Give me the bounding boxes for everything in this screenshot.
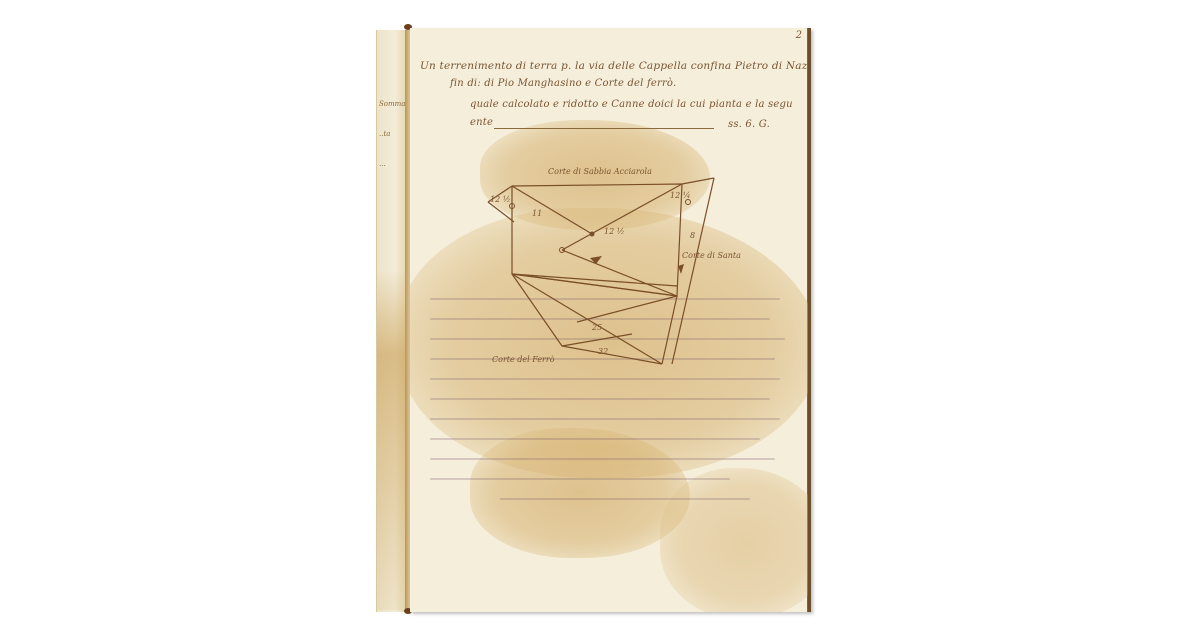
underline-rule xyxy=(494,128,714,129)
label-top: Corte di Sabbia Acciarola xyxy=(548,167,652,176)
water-stain xyxy=(470,428,690,558)
faded-text-line xyxy=(430,438,760,440)
label-right: Corte di Santa Aprihana xyxy=(682,251,742,260)
measurement: 12 ½ xyxy=(490,195,510,204)
measurement: 12 ½ xyxy=(604,227,624,236)
manuscript-book: Somma ..ta ... 2 Un terrenimento di terr… xyxy=(372,24,812,614)
measurement: 32 xyxy=(598,347,608,356)
signature: ss. 6. G. xyxy=(728,119,770,130)
heading-line: fin di: di Pio Manghasino e Corte del fe… xyxy=(450,78,676,89)
left-margin-note: Somma xyxy=(379,100,405,108)
left-page-fragment: Somma ..ta ... xyxy=(376,30,407,612)
faded-text-line xyxy=(430,378,780,380)
measurement: 12 ¼ xyxy=(670,191,690,200)
faded-text-line xyxy=(430,478,730,480)
water-stain xyxy=(660,468,811,612)
faded-text-line xyxy=(500,498,750,500)
heading-line: quale calcolato e ridotto e Canne doici … xyxy=(470,99,793,110)
heading-line: Un terrenimento di terra p. la via delle… xyxy=(420,60,811,72)
left-margin-note: ... xyxy=(379,160,386,168)
heading-line: ente xyxy=(470,117,493,128)
label-bottom-left: Corte del Ferrò xyxy=(492,355,555,364)
measurement: 25 xyxy=(591,323,602,332)
survey-diagram: Corte di Sabbia Acciarola Corte di Santa… xyxy=(482,146,742,366)
measurement: 8 xyxy=(690,231,695,240)
water-stain xyxy=(377,270,407,610)
page-number: 2 xyxy=(796,30,802,41)
faded-text-line xyxy=(430,458,775,460)
faded-text-line xyxy=(430,418,780,420)
manuscript-page: 2 Un terrenimento di terra p. la via del… xyxy=(410,28,811,612)
measurement: 11 xyxy=(532,209,542,218)
left-margin-note: ..ta xyxy=(379,130,390,138)
faded-text-line xyxy=(430,398,770,400)
